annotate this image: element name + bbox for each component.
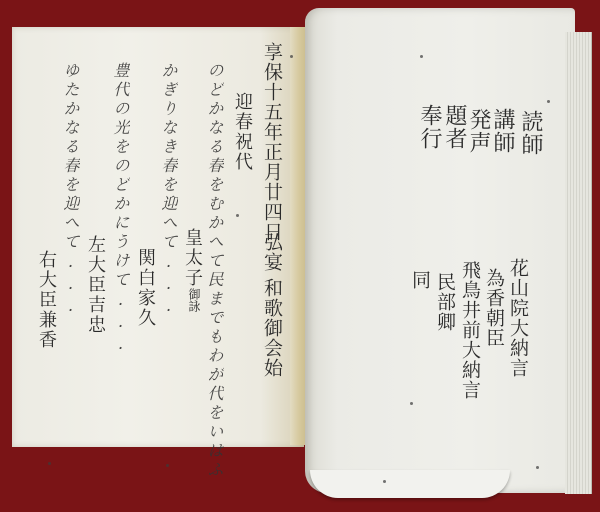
name-reader: 花山院大納言: [508, 258, 527, 378]
poem-line: ゆたかなる春を迎へて...: [62, 62, 78, 318]
poem-author: 関白家久: [136, 248, 154, 328]
role-magistrate: 奉行: [418, 104, 440, 150]
author-note: 御詠: [188, 288, 200, 312]
event-prefix: 弘宴: [262, 232, 281, 272]
poem-author: 右大臣兼香: [37, 250, 55, 350]
role-reader: 読師: [519, 110, 541, 156]
paper-speck: [290, 55, 293, 58]
poem-theme: 迎春祝代: [233, 92, 251, 172]
page-curl: [310, 470, 510, 498]
paper-speck: [410, 402, 413, 405]
poem-line: のどかなる春をむかへて民までもわが代をいはふ: [206, 62, 222, 480]
paper-speck: [48, 462, 51, 465]
poem-author: 左大臣吉忠: [86, 235, 104, 335]
role-voice: 発声: [467, 108, 489, 154]
paper-speck: [420, 55, 423, 58]
poem-author: 皇太子: [183, 228, 201, 288]
paper-speck: [236, 214, 239, 217]
poem-line: かぎりなき春を迎へて...: [160, 62, 176, 318]
role-lecturer: 講師: [491, 108, 513, 154]
paper-speck: [166, 464, 169, 467]
paper-speck: [536, 466, 539, 469]
role-title-setter: 題者: [443, 104, 465, 150]
name-lecturer: 為香朝臣: [484, 268, 503, 348]
poem-line: 豊代の光をのどかにうけて...: [112, 62, 128, 356]
name-voice: 飛鳥井前大納言: [460, 260, 479, 400]
name-title-setter: 民部卿: [435, 272, 454, 332]
page-edges: [565, 32, 592, 494]
manuscript-book: 享保十五年正月廿四日 弘宴 和歌御会始 迎春祝代 のどかなる春をむかへて民までも…: [0, 0, 600, 512]
paper-speck: [547, 100, 550, 103]
right-page: [305, 8, 575, 493]
event-title: 和歌御会始: [262, 278, 281, 378]
date-line: 享保十五年正月廿四日: [262, 42, 281, 242]
paper-speck: [383, 480, 386, 483]
name-magistrate: 同: [410, 270, 429, 290]
